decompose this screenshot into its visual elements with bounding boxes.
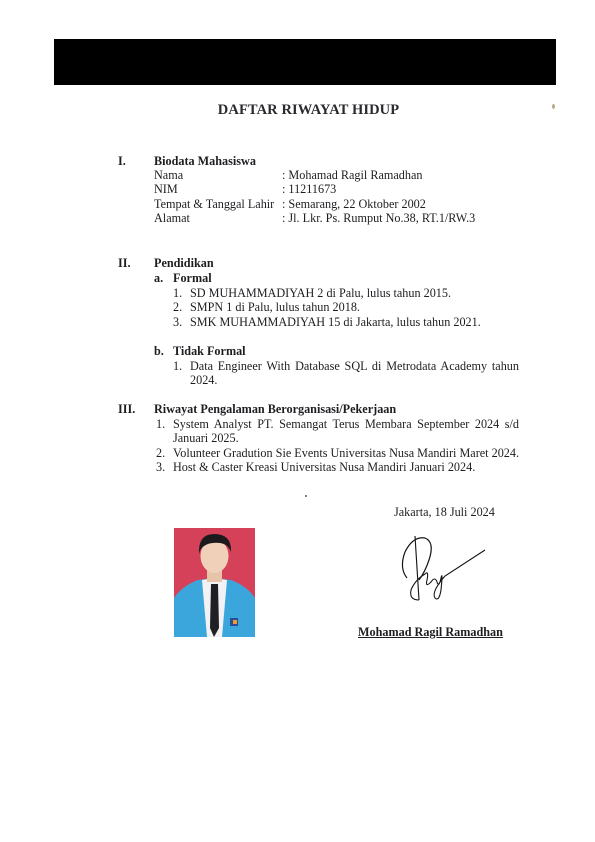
field-label-nama: Nama bbox=[154, 168, 183, 182]
list-item: Volunteer Gradution Sie Events Universit… bbox=[173, 446, 519, 460]
signature-place-date: Jakarta, 18 Juli 2024 bbox=[394, 505, 495, 519]
scan-speck bbox=[552, 104, 555, 109]
person-portrait-icon bbox=[174, 528, 255, 637]
section-heading: Riwayat Pengalaman Berorganisasi/Pekerja… bbox=[154, 402, 396, 416]
list-item: Data Engineer With Database SQL di Metro… bbox=[190, 359, 519, 373]
list-number: 1. bbox=[173, 359, 182, 373]
list-item: SD MUHAMMADIYAH 2 di Palu, lulus tahun 2… bbox=[190, 286, 451, 300]
section-numeral: III. bbox=[118, 402, 135, 416]
list-number: 2. bbox=[156, 446, 165, 460]
signature-name: Mohamad Ragil Ramadhan bbox=[358, 625, 503, 640]
subsection-heading-formal: Formal bbox=[173, 271, 212, 285]
signature-icon bbox=[395, 530, 490, 605]
scan-speck bbox=[305, 495, 307, 497]
document-title: DAFTAR RIWAYAT HIDUP bbox=[0, 102, 595, 119]
list-number: 3. bbox=[173, 315, 182, 329]
section-heading: Pendidikan bbox=[154, 256, 214, 270]
profile-photo bbox=[174, 528, 255, 637]
field-value-nim: : 11211673 bbox=[282, 182, 336, 196]
field-label-nim: NIM bbox=[154, 182, 178, 196]
list-number: 1. bbox=[156, 417, 165, 431]
field-value-ttl: : Semarang, 22 Oktober 2002 bbox=[282, 197, 426, 211]
field-label-ttl: Tempat & Tanggal Lahir bbox=[154, 197, 274, 211]
subsection-marker: a. bbox=[154, 271, 163, 285]
list-item-continuation: 2024. bbox=[190, 373, 217, 387]
section-heading: Biodata Mahasiswa bbox=[154, 154, 256, 168]
list-number: 3. bbox=[156, 460, 165, 474]
field-value-nama: : Mohamad Ragil Ramadhan bbox=[282, 168, 422, 182]
subsection-marker: b. bbox=[154, 344, 164, 358]
list-number: 1. bbox=[173, 286, 182, 300]
section-numeral: I. bbox=[118, 154, 126, 168]
list-item: Host & Caster Kreasi Universitas Nusa Ma… bbox=[173, 460, 475, 474]
list-number: 2. bbox=[173, 300, 182, 314]
field-label-alamat: Alamat bbox=[154, 211, 190, 225]
list-item: SMK MUHAMMADIYAH 15 di Jakarta, lulus ta… bbox=[190, 315, 481, 329]
section-numeral: II. bbox=[118, 256, 131, 270]
list-item: System Analyst PT. Semangat Terus Membar… bbox=[173, 417, 519, 431]
redaction-bar bbox=[54, 39, 556, 85]
field-value-alamat: : Jl. Lkr. Ps. Rumput No.38, RT.1/RW.3 bbox=[282, 211, 475, 225]
list-item-continuation: Januari 2025. bbox=[173, 431, 239, 445]
subsection-heading-tidak-formal: Tidak Formal bbox=[173, 344, 246, 358]
list-item: SMPN 1 di Palu, lulus tahun 2018. bbox=[190, 300, 360, 314]
